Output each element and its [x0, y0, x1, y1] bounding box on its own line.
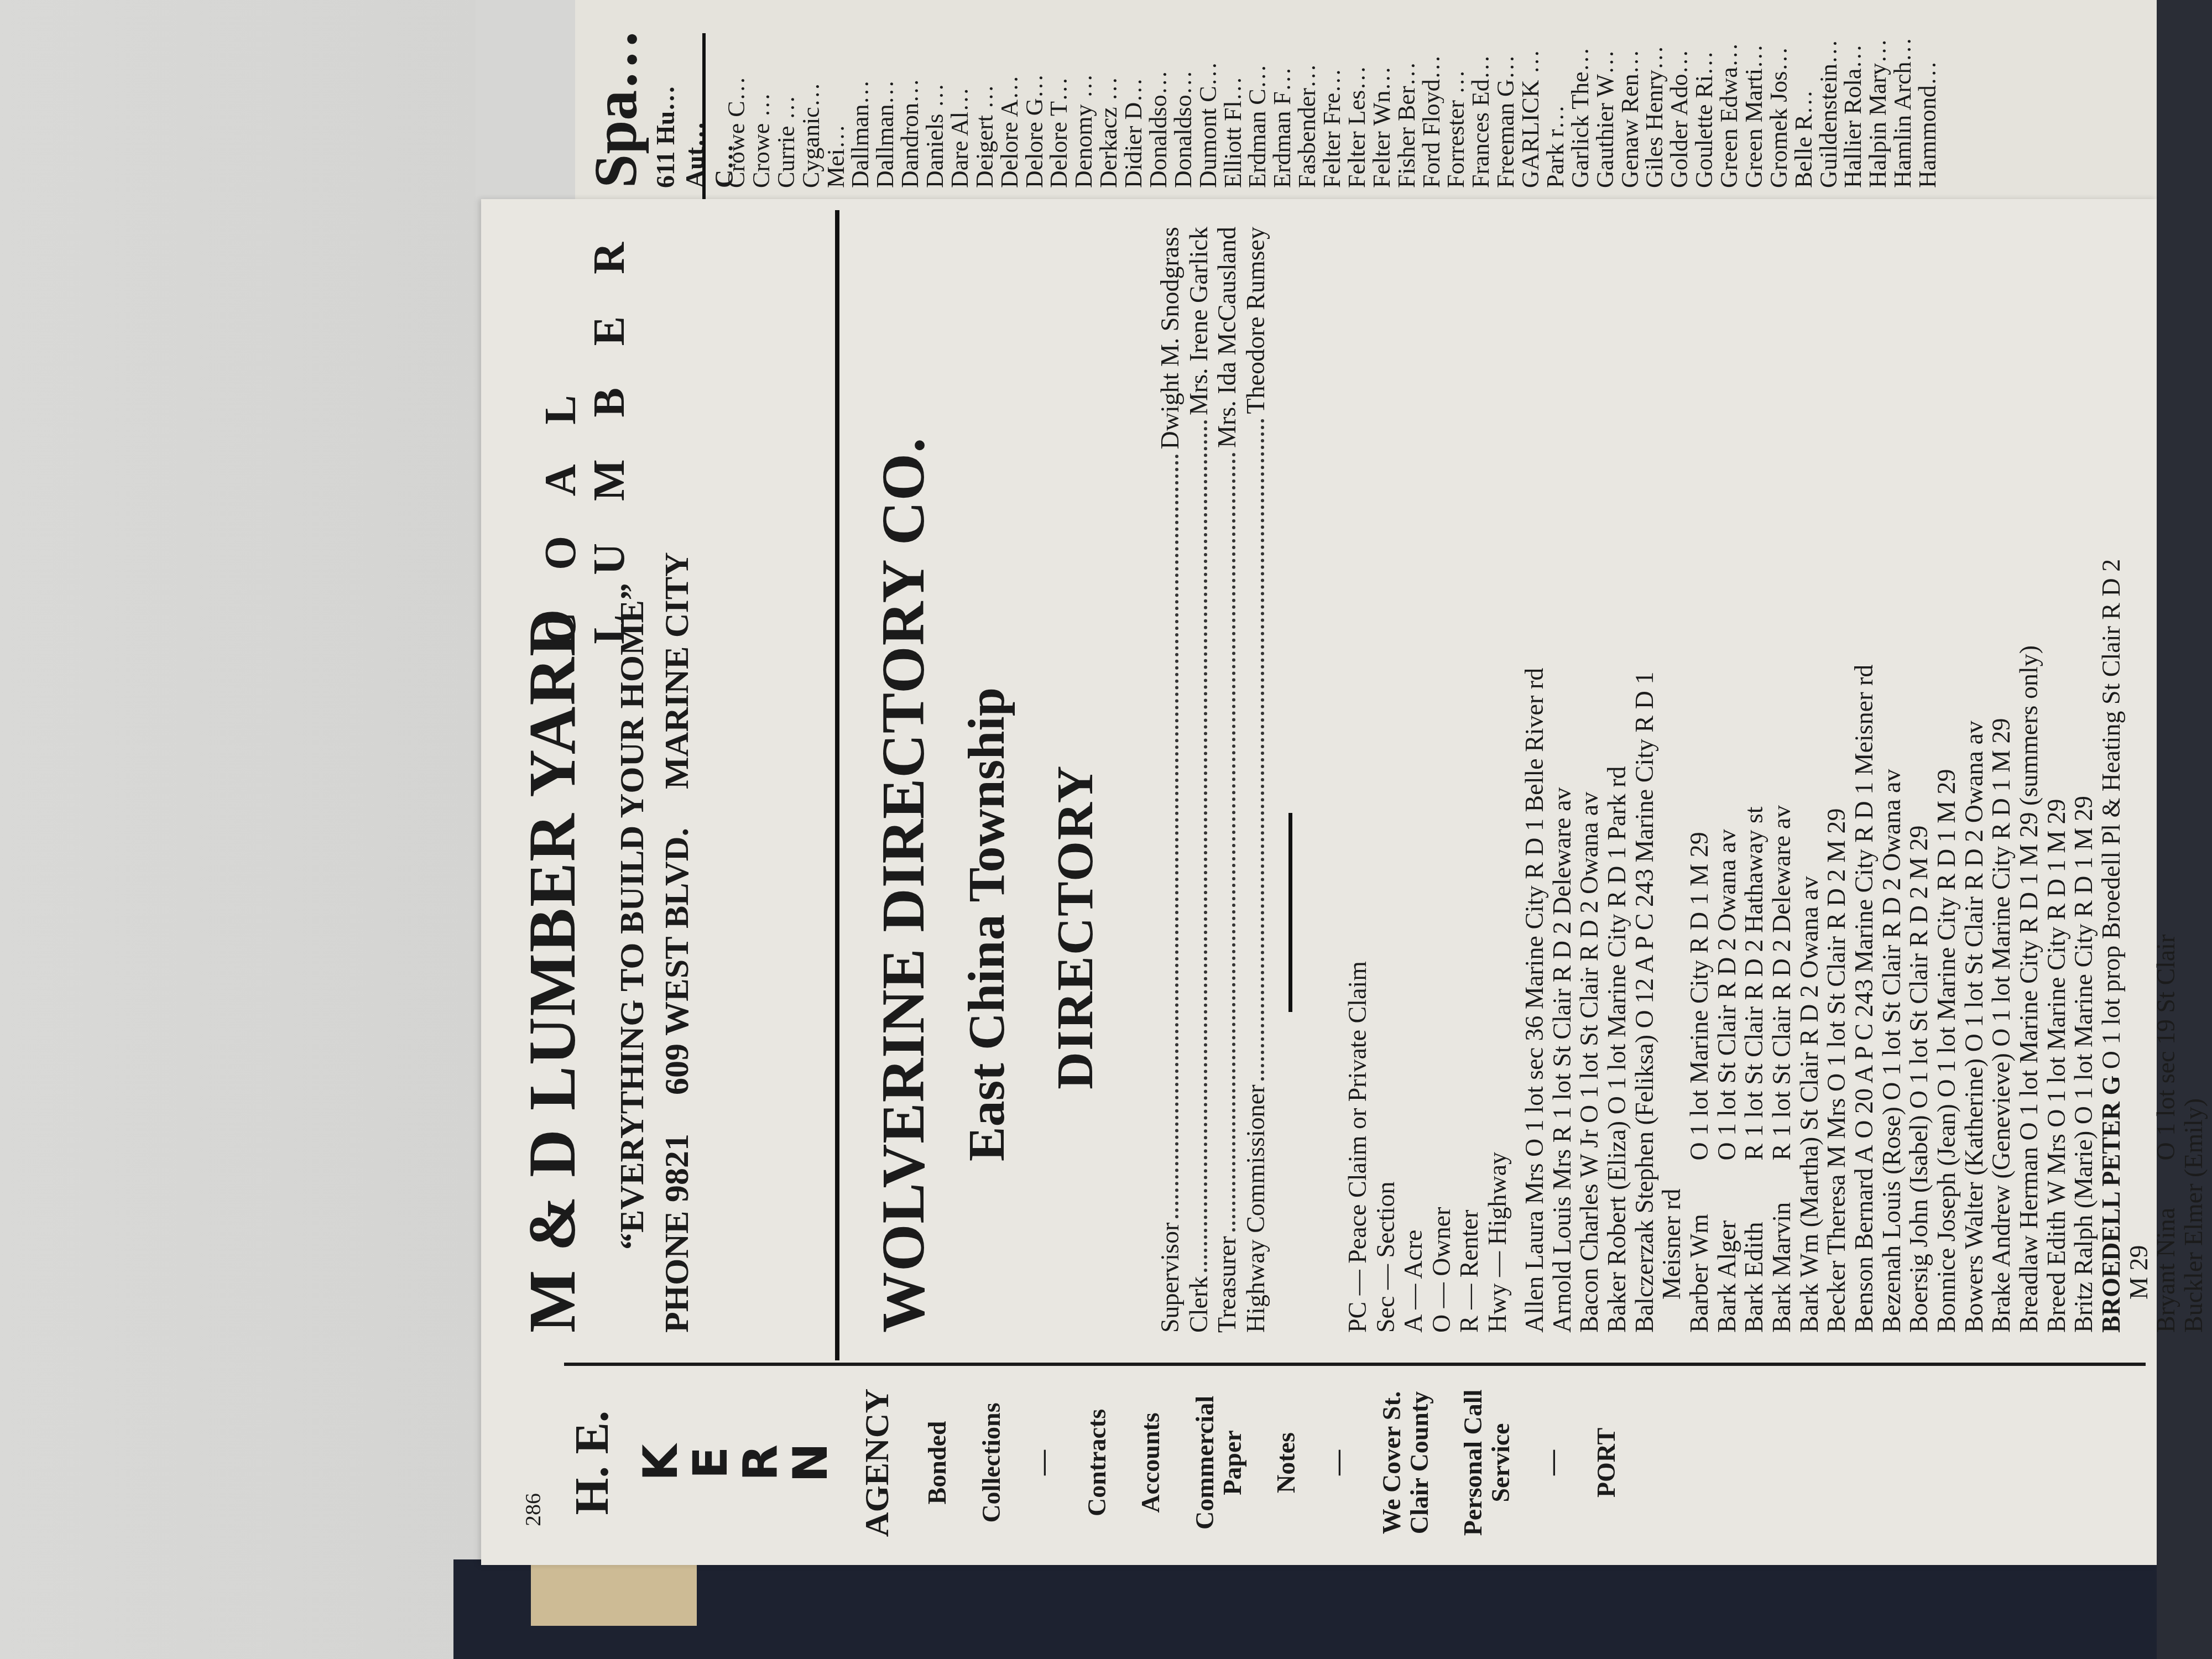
- ad-products: C O A L L U M B E R: [536, 227, 634, 644]
- entry-detail: O 1 lot Marine City R D 1 M 29: [2042, 799, 2070, 1127]
- directory-entry: Balczerzak Stephen (Feliksa) O 12 A P C …: [1631, 171, 1658, 1333]
- legend-item: R — Renter: [1455, 961, 1484, 1333]
- right-page-entry: Guildenstein…: [1817, 0, 1841, 188]
- entry-detail: O 1 lot prop Broedell Pl & Heating St Cl…: [2097, 559, 2125, 1070]
- directory-entries: Allen Laura Mrs O 1 lot sec 36 Marine Ci…: [1521, 171, 2212, 1333]
- entry-name: Bryant Nina: [2152, 1167, 2180, 1333]
- agency-services: BondedCollections—ContractsAccountsComme…: [924, 1371, 1620, 1554]
- official-row: ClerkMrs. Irene Garlick: [1185, 227, 1213, 1333]
- entry-detail: O 20 A P C 243 Marine City R D 1 Meisner…: [1850, 665, 1878, 1139]
- right-page-entry: Dumont C…: [1196, 0, 1221, 188]
- agency-service: Notes: [1272, 1371, 1300, 1554]
- official-role: Supervisor: [1156, 1223, 1185, 1333]
- right-page-entry: Park r…: [1543, 0, 1568, 188]
- right-page-entry: Forrester …: [1444, 0, 1469, 188]
- ad-product: L U M B E R: [585, 227, 634, 644]
- agency-service: PORT: [1593, 1371, 1620, 1554]
- entry-name: Brake Andrew (Genevieve): [1987, 1053, 2015, 1333]
- township-heading: East China Township: [957, 687, 1016, 1161]
- entry-name: Bark Alger: [1713, 1167, 1741, 1333]
- entry-name: Allen Laura Mrs: [1521, 1163, 1548, 1333]
- ad-phone: PHONE 9821: [658, 1134, 697, 1333]
- directory-entry: Benson Bernard A O 20 A P C 243 Marine C…: [1850, 171, 1878, 1333]
- directory-entry: Buckler Elmer (Emily): [2180, 171, 2208, 1333]
- ad-address: 609 WEST BLVD.: [658, 828, 697, 1095]
- entry-detail: R 1 lot St Clair R D 2 Deleware av: [1548, 787, 1576, 1143]
- right-page-header: Spa… 611 Hu… Aut… C…: [581, 29, 739, 188]
- directory-entry: Bonnice Joseph (Jean) O 1 lot Marine Cit…: [1933, 171, 1960, 1333]
- section-rule: [1288, 813, 1292, 1012]
- entry-name: Boersig John (Isabel): [1905, 1115, 1933, 1333]
- leader-dots: [1175, 454, 1178, 1218]
- right-page-entry: Donaldso…: [1171, 0, 1196, 188]
- entry-detail: O 1 lot Marine City R D 1 M 29: [1987, 718, 2015, 1047]
- right-page-entry: Fisher Ber…: [1395, 0, 1420, 188]
- agency-service: Accounts: [1137, 1371, 1165, 1554]
- directory-entry: Bark Wm (Martha) St Clair R D 2 Owana av: [1796, 171, 1823, 1333]
- right-page: Spa… 611 Hu… Aut… C… Crowe C…Crowe …Curr…: [575, 0, 2157, 201]
- right-page-entry: Dandron…: [898, 0, 923, 188]
- right-page-entry: Deigert …: [973, 0, 998, 188]
- agency-service: Commercial Paper: [1191, 1371, 1246, 1554]
- right-page-entry: Garlick The…: [1568, 0, 1593, 188]
- directory-entry: Breadlaw Herman O 1 lot Marine City R D …: [2015, 171, 2043, 1333]
- right-page-entry: Currie …: [774, 0, 799, 188]
- entry-name: Bark Wm (Martha): [1796, 1137, 1823, 1333]
- entry-detail: O 1 lot Marine City R D 1 M 29: [1685, 832, 1713, 1160]
- agency-letter: N: [786, 1371, 836, 1554]
- agency-name: K E R N: [636, 1371, 836, 1554]
- agency-dash: —: [1537, 1371, 1566, 1554]
- official-name: Theodore Rumsey: [1241, 227, 1270, 414]
- entry-detail: R 1 lot St Clair R D 2 Deleware av: [1767, 805, 1796, 1161]
- entry-detail: O 1 lot St Clair R D 2 Owana av: [1575, 792, 1603, 1123]
- entry-detail: O 1 lot St Clair R D 2 Owana av: [1960, 721, 1988, 1052]
- entry-name: Becker Theresa M Mrs: [1823, 1098, 1850, 1333]
- right-page-entry: Felter Fre…: [1320, 0, 1345, 188]
- entry-name: Bacon Charles W Jr: [1575, 1129, 1603, 1333]
- right-page-entry: Fasbender…: [1295, 0, 1320, 188]
- entry-name: Benson Bernard A: [1850, 1145, 1878, 1333]
- ad-product: C O A L: [536, 227, 585, 644]
- right-page-entry: Elliott Fl…: [1221, 0, 1246, 188]
- legend-item: Hwy — Highway: [1484, 961, 1512, 1333]
- right-page-entry: Belle R…: [1792, 0, 1817, 188]
- entry-detail: O 1 lot sec 19 St Clair: [2152, 935, 2180, 1161]
- publisher-heading: WOLVERINE DIRECTORY CO.: [868, 437, 938, 1333]
- right-page-entry: Gromek Jos…: [1767, 0, 1792, 188]
- leader-dots: [1232, 452, 1235, 1232]
- entry-detail: O 12 A P C 243 Marine City R D 1: [1630, 672, 1658, 1029]
- entry-detail: O 1 lot Marine City R D 1 M 29: [2069, 796, 2098, 1124]
- entry-detail: St Clair R D 2 Owana av: [1795, 876, 1823, 1130]
- directory-entry: Barber Wm O 1 lot Marine City R D 1 M 29: [1686, 171, 1713, 1333]
- right-page-entry: Crowe C…: [724, 0, 749, 188]
- entry-name: Balczerzak Stephen (Feliksa): [1631, 1035, 1658, 1333]
- right-page-entry: Dare Al…: [948, 0, 973, 188]
- directory-entry: M 29: [2125, 171, 2153, 1333]
- directory-entry: Bryant Nina O 1 lot sec 19 St Clair: [2152, 171, 2180, 1333]
- entry-name: Bonnice Joseph (Jean): [1933, 1104, 1960, 1333]
- agency-initials: H. E.: [564, 1371, 619, 1554]
- official-row: SupervisorDwight M. Snodgrass: [1156, 227, 1185, 1333]
- right-page-entry: Halpin Mary…: [1866, 0, 1891, 188]
- directory-entry: Bark Alger O 1 lot St Clair R D 2 Owana …: [1713, 171, 1741, 1333]
- right-page-entry: Didier D…: [1121, 0, 1146, 188]
- entry-detail: O 1 lot St Clair R D 2 M 29: [1905, 826, 1933, 1109]
- right-page-entry: Dallman…: [848, 0, 873, 188]
- book-cover-bottom: [453, 1559, 2212, 1659]
- leader-dots: [1261, 419, 1264, 1081]
- directory-entry: Meisner rd: [1658, 171, 1686, 1333]
- right-page-entry: Green Marti…: [1742, 0, 1767, 188]
- entry-name: Buckler Elmer (Emily): [2180, 1098, 2208, 1333]
- legend-item: PC — Peace Claim or Private Claim: [1344, 961, 1372, 1333]
- directory-entry: Bowers Walter (Katherine) O 1 lot St Cla…: [1960, 171, 1988, 1333]
- entry-name: Bezenah Louis (Rose): [1878, 1107, 1906, 1333]
- directory-entry: Bezenah Louis (Rose) O 1 lot St Clair R …: [1878, 171, 1906, 1333]
- right-page-entry: Derkacz …: [1097, 0, 1121, 188]
- entry-detail: R 1 lot St Clair R D 2 Hathaway st: [1740, 806, 1768, 1160]
- right-page-entry: Daniels …: [923, 0, 948, 188]
- legend-item: O — Owner: [1428, 961, 1456, 1333]
- right-page-content: Spa… 611 Hu… Aut… C… Crowe C…Crowe …Curr…: [575, 0, 2157, 199]
- directory-entry: Baker Robert (Eliza) O 1 lot Marine City…: [1603, 171, 1631, 1333]
- entry-detail: O 1 lot Marine City R D 1 M 29: [1932, 769, 1960, 1097]
- left-page-content: 286 H. E. K E R N AGENCY BondedCollectio…: [481, 199, 2157, 1565]
- entry-name: Barber Wm: [1686, 1167, 1713, 1333]
- agency-service: Contracts: [1083, 1371, 1111, 1554]
- entry-name: Arnold Louis Mrs: [1548, 1149, 1576, 1333]
- right-page-entry: Felter Les…: [1345, 0, 1370, 188]
- entry-name: Bark Edith: [1740, 1167, 1768, 1333]
- entry-name: Breed Edith W Mrs: [2043, 1134, 2070, 1333]
- ad-city: MARINE CITY: [658, 552, 697, 789]
- lumber-yard-ad: M & D LUMBER YARD “EVERYTHING TO BUILD Y…: [514, 227, 824, 1333]
- directory-entry: Bacon Charles W Jr O 1 lot St Clair R D …: [1575, 171, 1603, 1333]
- directory-entry: Breed Edith W Mrs O 1 lot Marine City R …: [2043, 171, 2070, 1333]
- agency-letter: K: [636, 1371, 686, 1554]
- right-page-entry: Green Edwa…: [1717, 0, 1742, 188]
- right-page-entry: Freeman G…: [1494, 0, 1519, 188]
- township-officials: SupervisorDwight M. SnodgrassClerkMrs. I…: [1156, 227, 1270, 1333]
- right-page-brand: Spa…: [581, 29, 651, 188]
- right-page-entry: Giles Henry…: [1642, 0, 1667, 188]
- official-role: Highway Commissioner: [1241, 1085, 1270, 1333]
- right-page-entry: Denomy …: [1072, 0, 1097, 188]
- worn-binding-tab: [531, 1559, 697, 1626]
- entry-name: Baker Robert (Eliza): [1603, 1121, 1631, 1333]
- right-page-entry: GARLICK …: [1519, 0, 1543, 188]
- right-page-entry: Cyganic…: [799, 0, 824, 188]
- leader-dots: [1204, 420, 1207, 1272]
- directory-entry: Arnold Louis Mrs R 1 lot St Clair R D 2 …: [1548, 171, 1576, 1333]
- official-name: Mrs. Irene Garlick: [1185, 227, 1213, 415]
- official-row: TreasurerMrs. Ida McCausland: [1213, 227, 1241, 1333]
- official-name: Dwight M. Snodgrass: [1156, 227, 1185, 450]
- right-page-entry: Hammond…: [1916, 0, 1940, 188]
- entry-detail: O 1 lot St Clair R D 2 M 29: [1822, 808, 1850, 1092]
- right-page-entry: Felter Wn…: [1370, 0, 1395, 188]
- entry-name: M 29: [2125, 1134, 2153, 1300]
- agency-service: Collections: [978, 1371, 1005, 1554]
- directory-entry: Boersig John (Isabel) O 1 lot St Clair R…: [1905, 171, 1933, 1333]
- directory-entry: Becker Theresa M Mrs O 1 lot St Clair R …: [1823, 171, 1850, 1333]
- right-page-entry: Delore G…: [1022, 0, 1047, 188]
- left-page: 286 H. E. K E R N AGENCY BondedCollectio…: [481, 199, 2157, 1565]
- right-page-entry: Donaldso…: [1146, 0, 1171, 188]
- entry-detail: O 1 lot sec 36 Marine City R D 1 Belle R…: [1520, 668, 1548, 1157]
- right-page-entry: Hallier Rola…: [1841, 0, 1866, 188]
- entry-name: Meisner rd: [1658, 1134, 1686, 1300]
- table-surface: [0, 0, 476, 1659]
- directory-entry: Brake Andrew (Genevieve) O 1 lot Marine …: [1987, 171, 2015, 1333]
- ad-contact-line: PHONE 9821 609 WEST BLVD. MARINE CITY: [658, 227, 697, 1333]
- legend-item: Sec — Section: [1372, 961, 1400, 1333]
- right-page-entry: Frances Ed…: [1469, 0, 1494, 188]
- right-page-entry: Crowe …: [749, 0, 774, 188]
- entry-name: BROEDELL PETER G: [2098, 1076, 2125, 1333]
- right-page-entry: Delore A…: [998, 0, 1022, 188]
- entry-detail: O 1 lot St Clair R D 2 Owana av: [1713, 829, 1741, 1160]
- right-page-name-list: Crowe C…Crowe …Currie …Cyganic… Mei…Dall…: [724, 0, 1940, 188]
- ad-divider-rule: [835, 210, 839, 1360]
- official-role: Treasurer: [1213, 1236, 1241, 1333]
- right-page-entry: Goulette Ri…: [1692, 0, 1717, 188]
- entry-name: Bark Marvin: [1768, 1167, 1796, 1333]
- directory-entry: BROEDELL PETER G O 1 lot prop Broedell P…: [2098, 171, 2125, 1333]
- legend-item: A — Acre: [1400, 961, 1428, 1333]
- entry-name: Breadlaw Herman: [2015, 1147, 2043, 1333]
- directory-entry: Bark Marvin R 1 lot St Clair R D 2 Delew…: [1768, 171, 1796, 1333]
- right-page-entry: Mei…: [824, 0, 849, 188]
- agency-dash: —: [1322, 1371, 1352, 1554]
- agency-service: We Cover St. Clair County: [1378, 1371, 1433, 1554]
- right-page-header-line: 611 Hu…: [651, 29, 680, 188]
- entry-detail: O 1 lot Marine City R D 1 Park rd: [1603, 766, 1631, 1114]
- page-number: 286: [520, 1493, 546, 1526]
- right-page-entry: Dallman…: [873, 0, 898, 188]
- directory-entry: Britz Ralph (Marie) O 1 lot Marine City …: [2070, 171, 2098, 1333]
- agency-word: AGENCY: [858, 1371, 897, 1554]
- entry-name: Burgett Ro…: [2208, 1167, 2212, 1333]
- right-page-entry: Gauthier W…: [1593, 0, 1618, 188]
- agency-ad-column: H. E. K E R N AGENCY BondedCollections—C…: [564, 1371, 1620, 1554]
- entry-name: Bowers Walter (Katherine): [1960, 1058, 1988, 1333]
- entry-detail: O 1 lot St Clair R D 2 Owana av: [1877, 769, 1906, 1100]
- directory-entry: Allen Laura Mrs O 1 lot sec 36 Marine Ci…: [1521, 171, 1548, 1333]
- right-page-entry: Erdman C…: [1245, 0, 1270, 188]
- official-name: Mrs. Ida McCausland: [1213, 227, 1241, 448]
- entry-name: Britz Ralph (Marie): [2070, 1131, 2098, 1333]
- right-page-entry: Genaw Ren…: [1618, 0, 1643, 188]
- agency-dash: —: [1027, 1371, 1057, 1554]
- directory-entry: Bark Edith R 1 lot St Clair R D 2 Hathaw…: [1740, 171, 1768, 1333]
- right-page-entry: Golder Ado…: [1667, 0, 1692, 188]
- right-page-entry: Hamlin Arch…: [1891, 0, 1916, 188]
- entry-detail: O 1 lot Marine City R D 1 M 29 (summers …: [2015, 645, 2043, 1141]
- agency-service: Personal Call Service: [1459, 1371, 1514, 1554]
- abbreviation-legend: PC — Peace Claim or Private ClaimSec — S…: [1344, 961, 1512, 1333]
- right-page-entry: Erdman F…: [1270, 0, 1295, 188]
- official-role: Clerk: [1185, 1276, 1213, 1333]
- column-divider: [564, 1363, 2146, 1366]
- agency-service: Bonded: [924, 1371, 951, 1554]
- agency-letter: R: [736, 1371, 786, 1554]
- directory-heading: DIRECTORY: [1045, 764, 1105, 1089]
- right-page-entry: Delore T…: [1047, 0, 1072, 188]
- right-page-rule: [702, 33, 706, 199]
- agency-letter: E: [686, 1371, 735, 1554]
- official-row: Highway CommissionerTheodore Rumsey: [1241, 227, 1270, 1333]
- directory-entry: Burgett Ro…: [2208, 171, 2212, 1333]
- right-page-entry: Ford Floyd…: [1420, 0, 1444, 188]
